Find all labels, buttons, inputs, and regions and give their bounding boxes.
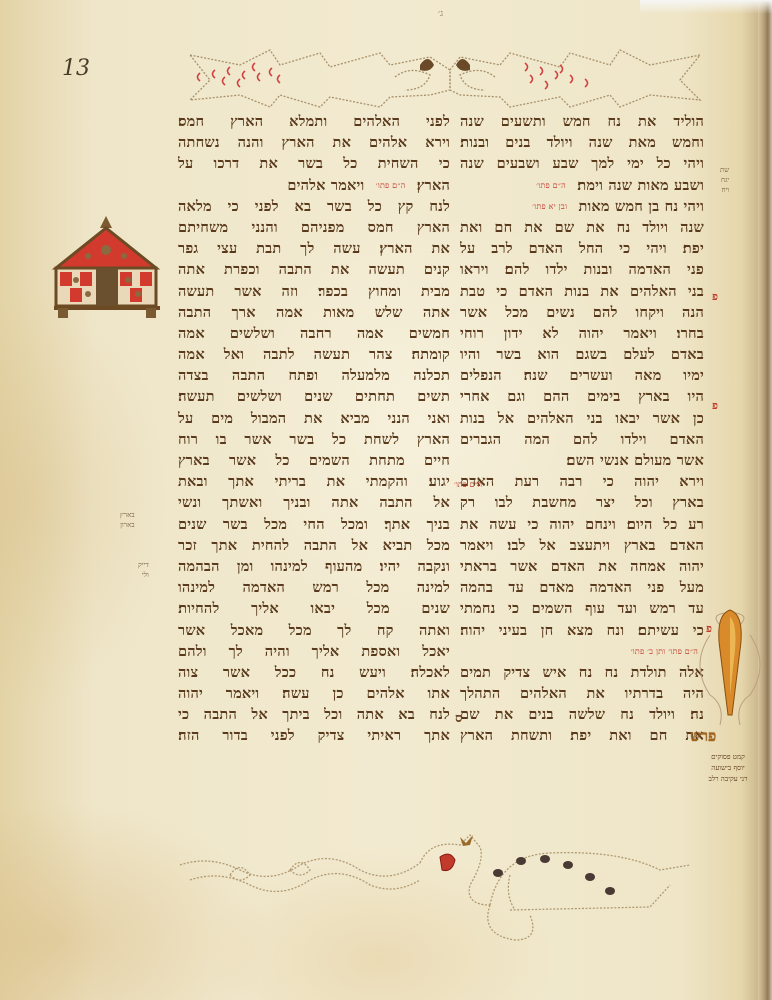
text-line: למינה מכל רמש האדמה למינהו bbox=[178, 577, 450, 598]
text-line: הארץ לשחת כל בשר אשר בו רוח bbox=[178, 429, 450, 450]
text-line: ה״ם פתו׳ ותן ב׳ פתו׳ bbox=[460, 641, 704, 662]
masora-line: ויח bbox=[720, 185, 729, 195]
text-line: האדם וילדו להם המה הגברים bbox=[460, 429, 704, 450]
text-line: עד רמש ועד עוף השמים כי נחמתי bbox=[460, 598, 704, 619]
text-line: וירא יהוה כי רבה רעת האדם bbox=[460, 471, 704, 492]
text-line: בארץ וכל יצר מחשבת לבו רק bbox=[460, 492, 704, 513]
rubric-note: ה״ם פתו׳ ותן ב׳ פתו׳ bbox=[631, 647, 698, 656]
text-line: לאכלה׃ ויעש נח ככל אשר צוה bbox=[178, 662, 450, 683]
text-line: באדם לעלם בשגם הוא בשר והיו bbox=[460, 344, 704, 365]
text-line: לנח בא אתה וכל ביתך אל התבה כי bbox=[178, 704, 450, 725]
text-line: ויהי נח בן חמש מאות ובן יא פתו׳ bbox=[460, 196, 704, 217]
text-line: היו בארץ בימים ההם וגם אחרי bbox=[460, 386, 704, 407]
fish-micrography-icon bbox=[180, 35, 710, 110]
text-line: ואתה קח לך מכל מאכל אשר bbox=[178, 620, 450, 641]
text-line: הוליד את נח חמש ותשעים שנה bbox=[460, 111, 704, 132]
manuscript-page: 13 ג׳ bbox=[0, 0, 772, 1000]
text-line: כן אשר יבאו בני האלהים אל בנות bbox=[460, 408, 704, 429]
text-line: אתך ראיתי צדיק לפני בדור הזה׃ bbox=[178, 725, 450, 746]
text-line: פני האדמה ובנות ילדו להם׃ ויראו bbox=[460, 259, 704, 280]
text-line: קומתה׃ צהר תעשה לתבה ואל אמה bbox=[178, 344, 450, 365]
text-line: וחמש מאת שנה ויולד בנים ובנות׃ bbox=[460, 132, 704, 153]
masora-line: שת bbox=[720, 165, 729, 175]
text-line: מבית ומחוץ בכפר׃ וזה אשר תעשה bbox=[178, 281, 450, 302]
text-line: כי עשיתם׃ ונח מצא חן בעיני יהוה׃ bbox=[460, 620, 704, 641]
masora-note: דייק ולי bbox=[138, 560, 149, 580]
page-edge bbox=[758, 0, 772, 1000]
text-segment: ויהי נח בן חמש מאות bbox=[578, 198, 704, 215]
masora-note: בארץ בארון bbox=[120, 510, 135, 530]
text-line: ואני הנני מביא את המבול מים על bbox=[178, 408, 450, 429]
text-line: אל התבה אתה ובניך ואשתך ונשי bbox=[178, 492, 450, 513]
signature-mark: ג׳ bbox=[438, 8, 443, 19]
text-line: אשר מעולם אנשי השם׃ bbox=[460, 450, 704, 471]
text-column-right: הוליד את נח חמש ותשעים שנה וחמש מאת שנה … bbox=[460, 111, 704, 747]
parasha-label: פרש bbox=[690, 727, 716, 746]
note-line: רני עקיבה רלב bbox=[693, 774, 763, 785]
parasha-note: קמט פסוקים יוסף בישועה רני עקיבה רלב bbox=[693, 752, 763, 785]
text-line: חמשים אמה רחבה ושלשים אמה bbox=[178, 323, 450, 344]
text-line: לנח קץ כל בשר בא לפני כי מלאה bbox=[178, 196, 450, 217]
dragon-micrography-icon bbox=[170, 815, 705, 950]
text-line: הנה ויקחו להם נשים מכל אשר bbox=[460, 302, 704, 323]
text-line: אלה תולדת נח נח איש צדיק תמים bbox=[460, 662, 704, 683]
text-line: את הארץ׃ עשה לך תבת עצי גפר bbox=[178, 238, 450, 259]
masora-note: שת יגח ויח bbox=[720, 165, 729, 195]
text-line: יפת׃ ויהי כי החל האדם לרב על bbox=[460, 238, 704, 259]
samekh-mark: ס bbox=[455, 710, 462, 726]
text-line: תשים תחתים שנים ושלשים תעשה׃ bbox=[178, 386, 450, 407]
masora-line: בארץ bbox=[120, 510, 135, 520]
text-line: מכל תביא אל התבה להחית אתך זכר bbox=[178, 535, 450, 556]
text-line: בניך אתך׃ ומכל החי מכל בשר שנים bbox=[178, 514, 450, 535]
text-line: מעל פני האדמה מאדם עד בהמה bbox=[460, 577, 704, 598]
text-segment: אשר מעולם אנשי השם׃ bbox=[566, 452, 704, 469]
text-line: כי השחית כל בשר את דרכו על bbox=[178, 153, 450, 174]
text-line: וירא אלהים את הארץ והנה נשחתה bbox=[178, 132, 450, 153]
text-line: תכלנה מלמעלה ופתח התבה בצדה bbox=[178, 365, 450, 386]
masora-line: ולי bbox=[138, 570, 149, 580]
rubric-note: ובן יא פתו׳ bbox=[532, 202, 567, 211]
text-line: את חם ואת יפת׃ ותשחת הארץ bbox=[460, 725, 704, 746]
text-line: חיים מתחת השמים כל אשר בארץ bbox=[178, 450, 450, 471]
rubric-note: ה״ם פתו׳ bbox=[536, 181, 566, 190]
text-line: יהוה אמחה את האדם אשר בראתי bbox=[460, 556, 704, 577]
text-line: הארץ׃ ה״ם פתו׳ ויאמר אלהים bbox=[178, 175, 450, 196]
text-line: קנים תעשה את התבה וכפרת אתה bbox=[178, 259, 450, 280]
text-line: יגוע׃ והקמתי את בריתי אתך ובאת bbox=[178, 471, 450, 492]
pe-mark: פ bbox=[712, 290, 718, 303]
masora-line: דייק bbox=[138, 560, 149, 570]
text-line: האדם בארץ ויתעצב אל לבו׃ ויאמר bbox=[460, 535, 704, 556]
masora-line: בארון bbox=[120, 520, 135, 530]
scan-border bbox=[640, 0, 772, 14]
text-segment: ושבע מאות שנה וימת׃ bbox=[577, 177, 704, 194]
pe-mark: פ bbox=[712, 399, 718, 412]
folio-number: 13 bbox=[62, 56, 90, 81]
text-segment: הארץ׃ bbox=[417, 177, 450, 194]
text-line: יאכל ואספת אליך והיה לך ולהם bbox=[178, 641, 450, 662]
masora-line: יגח bbox=[720, 175, 729, 185]
text-line: ושבע מאות שנה וימת׃ ה״ם פתו׳ bbox=[460, 175, 704, 196]
noahs-ark-icon bbox=[48, 210, 166, 320]
text-line: לפני האלהים ותמלא הארץ חמס׃ bbox=[178, 111, 450, 132]
text-line: היה בדרתיו את האלהים התהלך bbox=[460, 683, 704, 704]
text-line: ויהי כל ימי למך שבע ושבעים שנה bbox=[460, 153, 704, 174]
text-line: אתה שלש מאות אמה ארך התבה bbox=[178, 302, 450, 323]
text-line: הארץ חמס מפניהם והנני משחיתם bbox=[178, 217, 450, 238]
text-line: ונקבה יהיו׃ מהעוף למינהו ומן הבהמה bbox=[178, 556, 450, 577]
text-line: רע כל היום׃ וינחם יהוה כי עשה את bbox=[460, 514, 704, 535]
text-line: נח׃ ויולד נח שלשה בנים את שם bbox=[460, 704, 704, 725]
text-line: שנה ויולד נח את שם את חם ואת bbox=[460, 217, 704, 238]
text-line: אתו אלהים כן עשה׃ ויאמר יהוה bbox=[178, 683, 450, 704]
text-line: ימיו מאה ועשרים שנה׃ הנפלים bbox=[460, 365, 704, 386]
note-line: קמט פסוקים bbox=[693, 752, 763, 763]
note-line: יוסף בישועה bbox=[693, 763, 763, 774]
text-line: בחרו׃ ויאמר יהוה לא ידון רוחי bbox=[460, 323, 704, 344]
text-line: שנים מכל יבאו אליך להחיות׃ bbox=[178, 598, 450, 619]
rubric-note: ה״ם פתו׳ bbox=[376, 181, 406, 190]
text-line: בני האלהים את בנות האדם כי טבת bbox=[460, 281, 704, 302]
rubric-note: ה״ם פתו׳ bbox=[454, 480, 482, 489]
text-segment: ויאמר אלהים bbox=[287, 177, 364, 194]
text-column-left: לפני האלהים ותמלא הארץ חמס׃ וירא אלהים א… bbox=[178, 111, 450, 747]
